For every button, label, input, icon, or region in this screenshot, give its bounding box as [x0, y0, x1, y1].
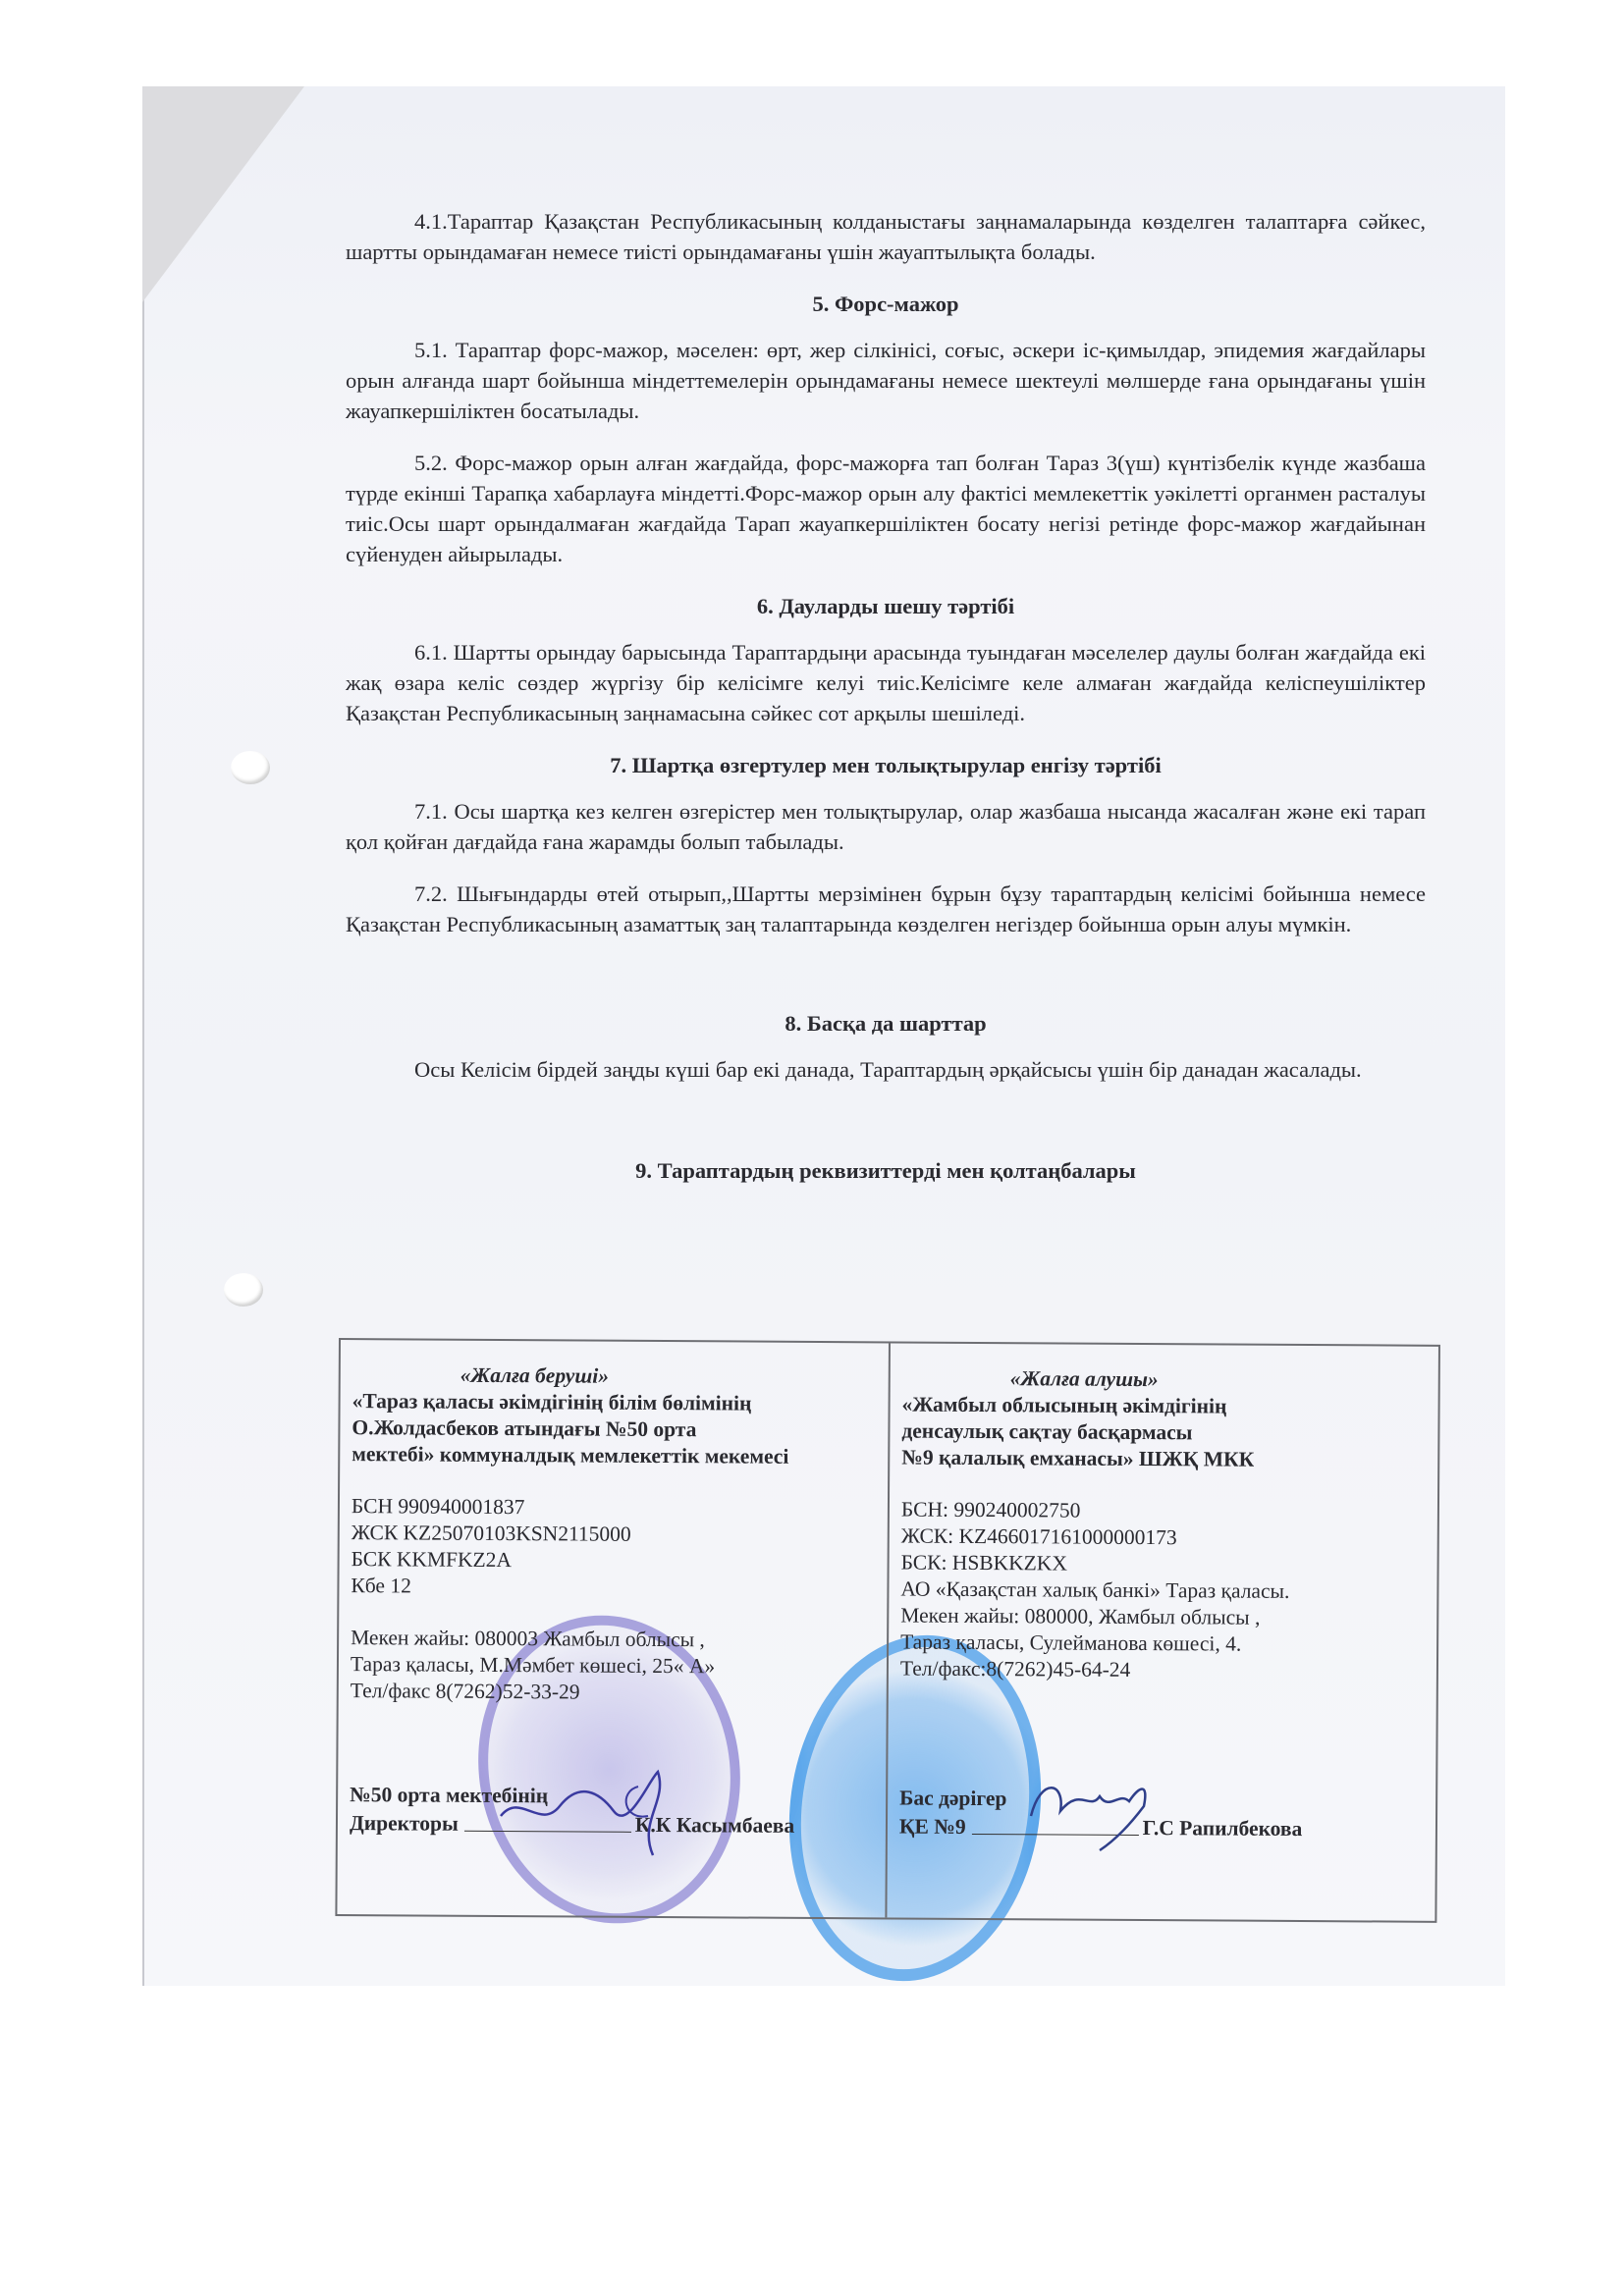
clause-6-1: 6.1. Шартты орындау барысында Тараптарды…	[346, 637, 1426, 728]
punch-hole	[231, 751, 270, 784]
signature-line	[464, 1809, 631, 1833]
folded-corner	[142, 86, 304, 302]
lessee-bank-details: БСН: 990240002750 ЖСК: KZ466017161000000…	[900, 1497, 1426, 1685]
lessee-signature-block: Бас дәрігер ҚЕ №9 Г.С Рапилбекова	[899, 1785, 1303, 1842]
lessor-role: «Жалға беруші»	[352, 1362, 877, 1391]
contract-body: 4.1.Тараптар Қазақстан Республикасының к…	[346, 206, 1426, 1186]
signature-line	[972, 1812, 1139, 1836]
lessor-signature-block: №50 орта мектебінің Директоры К.К Касымб…	[350, 1782, 795, 1840]
section-8-heading: 8. Басқа да шарттар	[346, 1008, 1426, 1039]
section-9-heading: 9. Тараптардың реквизиттерді мен қолтаңб…	[346, 1155, 1426, 1186]
section-6-heading: 6. Дауларды шешу тәртібі	[346, 591, 1426, 621]
lessor-address: Мекен жайы: 080003 Жамбыл облысы , Тараз…	[351, 1625, 875, 1707]
clause-7-2: 7.2. Шығындарды өтей отырып,,Шартты мерз…	[346, 879, 1426, 939]
lessor-cell: «Жалға беруші» «Тараз қаласы әкімдігінің…	[337, 1340, 889, 1917]
lessor-bank-details: БСН 990940001837 ЖСК KZ25070103KSN211500…	[351, 1493, 876, 1602]
section-5-heading: 5. Форс-мажор	[346, 289, 1426, 319]
clause-7-1: 7.1. Осы шартқа кез келген өзгерістер ме…	[346, 796, 1426, 857]
lessor-signatory: К.К Касымбаева	[635, 1812, 795, 1840]
lessee-signatory: Г.С Рапилбекова	[1143, 1815, 1303, 1842]
requisites-table: «Жалға беруші» «Тараз қаласы әкімдігінің…	[335, 1338, 1440, 1923]
clause-8-1: Осы Келісім бірдей заңды күші бар екі да…	[346, 1054, 1426, 1085]
lessee-org: «Жамбыл облысының әкімдігінің денсаулық …	[901, 1392, 1426, 1474]
clause-4-1: 4.1.Тараптар Қазақстан Республикасының к…	[346, 206, 1426, 267]
punch-hole	[224, 1273, 263, 1307]
lessee-cell: «Жалға алушы» «Жамбыл облысының әкімдігі…	[885, 1343, 1438, 1920]
lessee-role: «Жалға алушы»	[902, 1365, 1427, 1395]
clause-5-1: 5.1. Тараптар форс-мажор, мәселен: өрт, …	[346, 335, 1426, 426]
section-7-heading: 7. Шартқа өзгертулер мен толықтырулар ен…	[346, 750, 1426, 780]
clause-5-2: 5.2. Форс-мажор орын алған жағдайда, фор…	[346, 448, 1426, 569]
lessor-org: «Тараз қаласы әкімдігінің білім бөліміні…	[352, 1388, 876, 1470]
